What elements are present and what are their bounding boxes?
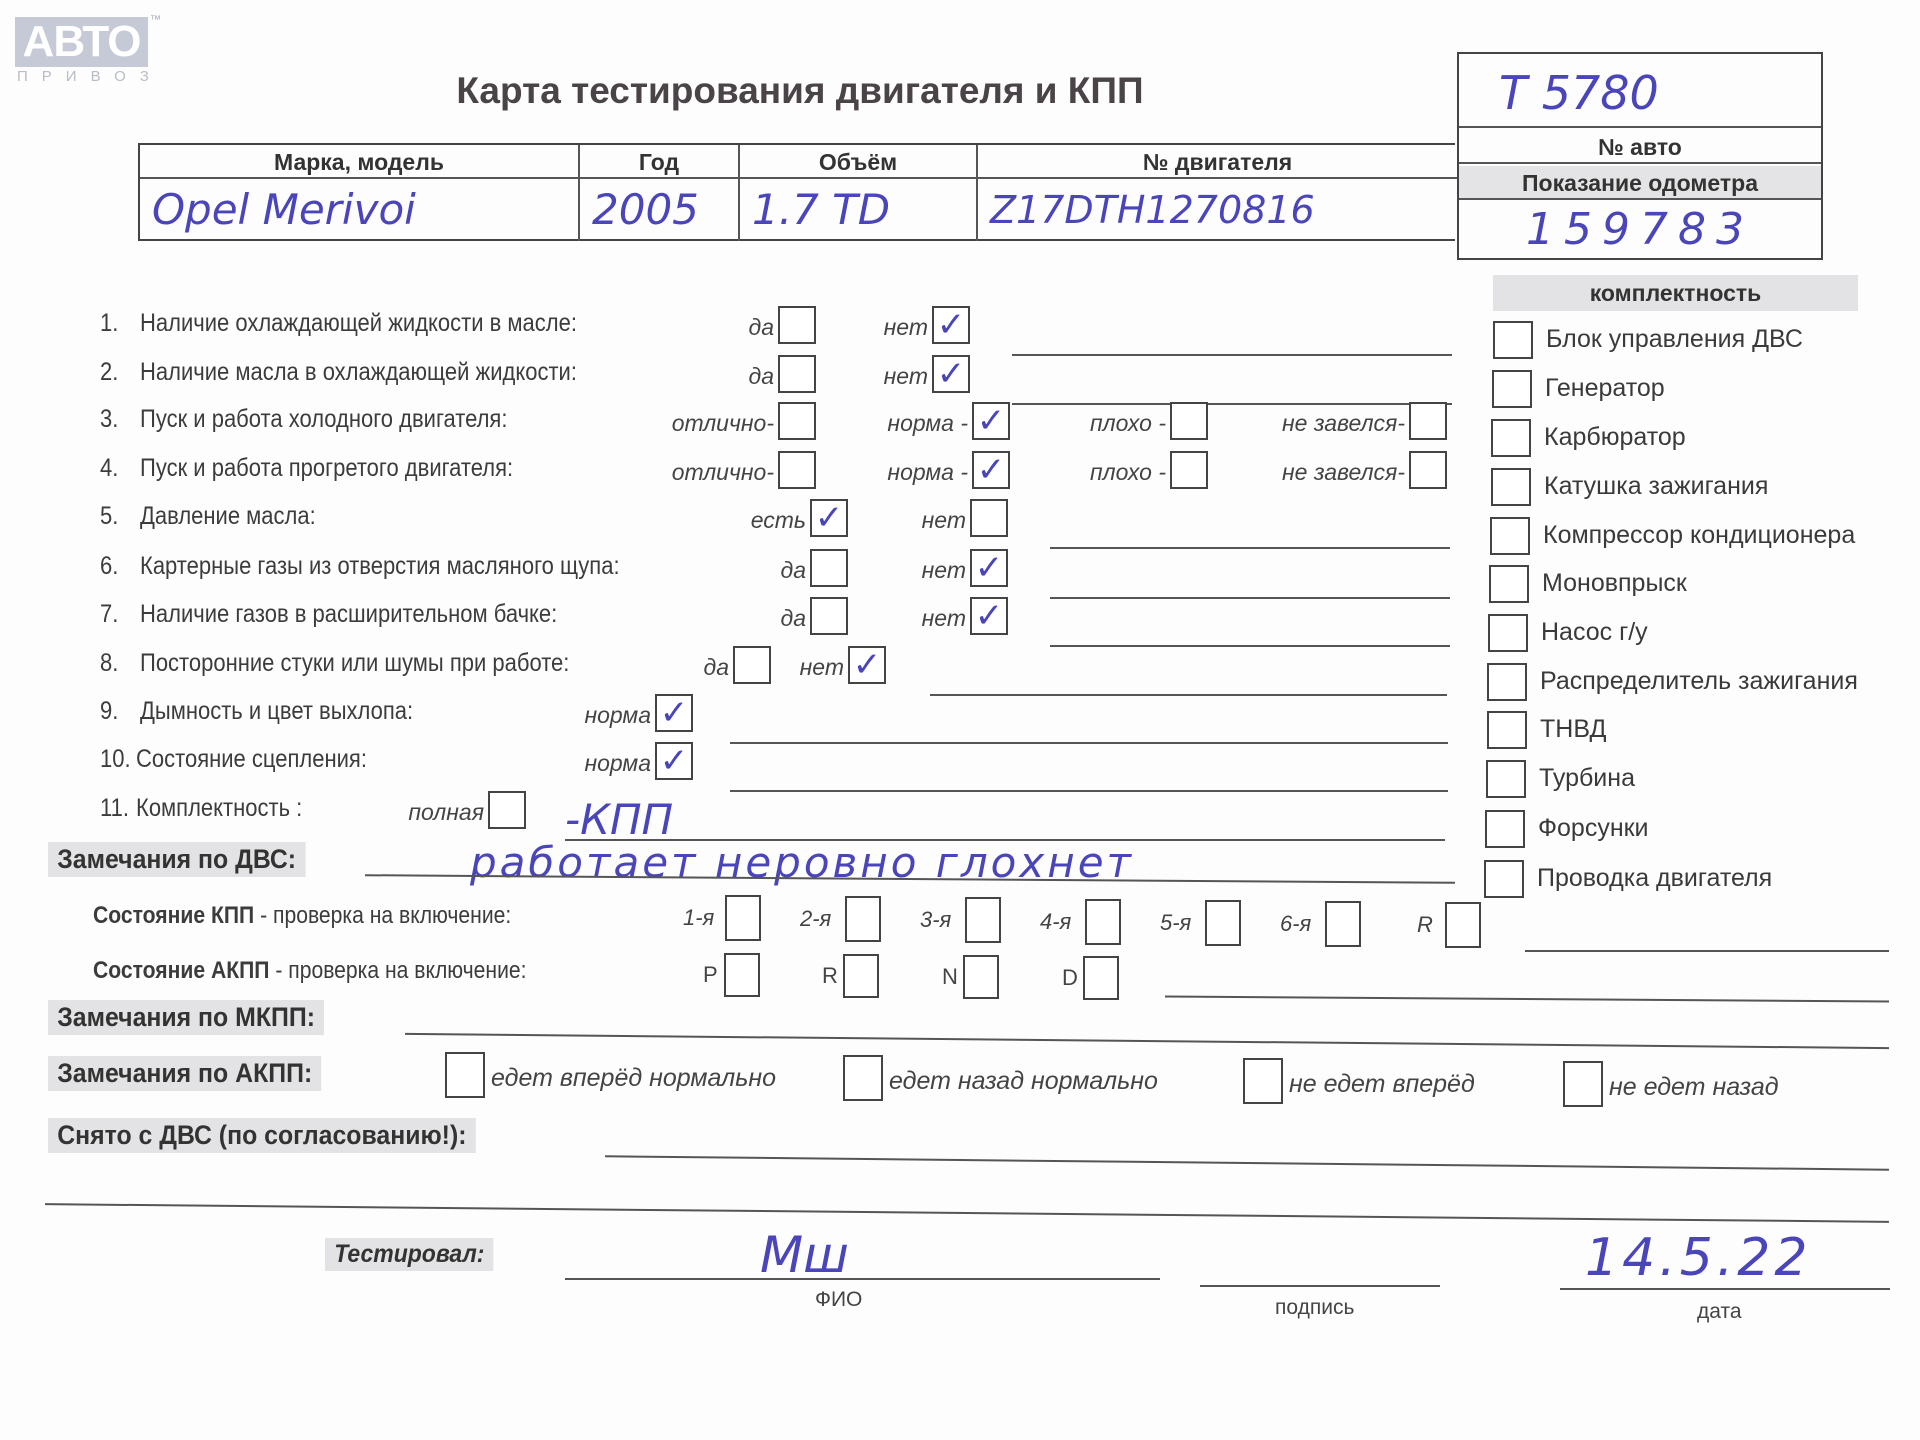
checkbox-да[interactable] <box>810 597 848 635</box>
auto-gearbox-label: Состояние АКПП - проверка на включение: <box>93 957 526 985</box>
name-line <box>565 1278 1160 1280</box>
completeness-item-label: Распределитель зажигания <box>1540 667 1858 696</box>
date-caption: дата <box>1697 1300 1742 1324</box>
option-label: нет <box>850 557 966 584</box>
option-label: отлично- <box>651 410 774 437</box>
auto-remark-label: едет назад нормально <box>889 1067 1158 1096</box>
auto-remark-checkbox[interactable] <box>843 1055 883 1101</box>
option-label: да <box>690 557 806 584</box>
notes-line <box>930 694 1447 696</box>
odometer-label: Показание одометра <box>1459 166 1821 200</box>
auto-remarks-label: Замечания по АКПП: <box>48 1056 321 1091</box>
checklist-item-number: 4. <box>100 454 118 483</box>
option-label: норма - <box>873 459 968 486</box>
check-mark-icon: ✓ <box>657 744 691 778</box>
auto-gear-checkbox[interactable] <box>1083 956 1119 1000</box>
auto-remark-checkbox[interactable] <box>1563 1061 1603 1107</box>
option-label: да <box>658 314 774 341</box>
manual-gear-label: 1-я <box>683 905 714 931</box>
option-label: есть <box>690 507 806 534</box>
check-mark-icon: ✓ <box>934 357 968 391</box>
name-caption: ФИО <box>815 1288 862 1312</box>
checkbox-нет[interactable]: ✓ <box>970 597 1008 635</box>
check-mark-icon: ✓ <box>812 501 846 535</box>
removed-line <box>605 1155 1889 1170</box>
manual-gear-checkbox[interactable] <box>1445 902 1481 948</box>
checkbox-норма[interactable]: ✓ <box>655 742 693 780</box>
checkbox-норма[interactable]: ✓ <box>655 694 693 732</box>
auto-remark-label: не едет назад <box>1609 1073 1779 1102</box>
notes-line <box>1050 645 1450 647</box>
option-label: да <box>658 363 774 390</box>
removed-label: Снято с ДВС (по согласованию!): <box>48 1118 476 1153</box>
completeness-item-label: Форсунки <box>1538 814 1649 843</box>
completeness-checkbox[interactable] <box>1490 517 1530 555</box>
auto-gear-label: D <box>1062 965 1078 991</box>
checklist-item-text: Наличие масла в охлаждающей жидкости: <box>140 358 577 387</box>
checklist-item-text: Посторонние стуки или шумы при работе: <box>140 649 569 678</box>
checkbox-плохо[interactable] <box>1170 451 1208 489</box>
option-label: полная <box>393 799 484 826</box>
logo-trademark: ™ <box>150 14 161 26</box>
manual-gear-checkbox[interactable] <box>725 895 761 941</box>
checklist-item-number: 2. <box>100 358 118 387</box>
check-mark-icon: ✓ <box>972 551 1006 585</box>
checkbox-да[interactable] <box>778 306 816 344</box>
engine-no-field[interactable]: Z17DTH1270816 <box>978 179 1457 241</box>
notes-line <box>730 742 1448 744</box>
auto-remark-checkbox[interactable] <box>445 1052 485 1098</box>
check-mark-icon: ✓ <box>850 648 884 682</box>
checklist-item-number: 5. <box>100 502 118 531</box>
completeness-checkbox[interactable] <box>1492 370 1532 408</box>
check-mark-icon: ✓ <box>934 308 968 342</box>
date-field[interactable]: 14.5.22 <box>1585 1228 1811 1288</box>
checkbox-незавелся[interactable] <box>1409 402 1447 440</box>
checkbox-нет[interactable]: ✓ <box>932 306 970 344</box>
check-mark-icon: ✓ <box>974 404 1008 438</box>
option-label: не завелся- <box>1265 410 1405 437</box>
checklist-item-number: 9. <box>100 697 118 726</box>
auto-remark-checkbox[interactable] <box>1243 1058 1283 1104</box>
completeness-item-label: Блок управления ДВС <box>1546 325 1803 354</box>
option-label: нет <box>850 507 966 534</box>
sign-caption: подпись <box>1275 1296 1354 1320</box>
manual-gear-label: 2-я <box>800 906 831 932</box>
checkbox-плохо[interactable] <box>1170 402 1208 440</box>
check-mark-icon: ✓ <box>974 453 1008 487</box>
option-label: отлично- <box>651 459 774 486</box>
car-number-label: № авто <box>1459 130 1821 164</box>
year-field[interactable]: 2005 <box>580 179 740 241</box>
completeness-checkbox[interactable] <box>1489 565 1529 603</box>
checklist-item-number: 6. <box>100 552 118 581</box>
completeness-item-label: Насос г/у <box>1541 618 1648 647</box>
manual-remarks-line <box>405 1033 1889 1049</box>
option-label: нет <box>728 654 844 681</box>
checklist-item-number: 8. <box>100 649 118 678</box>
manual-gear-checkbox[interactable] <box>845 896 881 942</box>
auto-gear-checkbox[interactable] <box>843 954 879 998</box>
checkbox-отлично[interactable] <box>778 402 816 440</box>
checkbox-да[interactable] <box>778 355 816 393</box>
engine-remarks-label: Замечания по ДВС: <box>48 842 305 877</box>
completeness-item-label: Карбюратор <box>1544 423 1686 452</box>
completeness-checkbox[interactable] <box>1487 663 1527 701</box>
check-mark-icon: ✓ <box>972 599 1006 633</box>
option-label: нет <box>850 605 966 632</box>
completeness-checkbox[interactable] <box>1484 860 1524 898</box>
auto-remark-label: не едет вперёд <box>1289 1070 1475 1099</box>
manual-gear-label: 4-я <box>1040 909 1071 935</box>
option-label: норма - <box>873 410 968 437</box>
checkbox-полная[interactable] <box>488 791 526 829</box>
notes-line <box>1012 354 1452 356</box>
odometer-field[interactable]: 159783 <box>1459 202 1821 258</box>
checkbox-нет[interactable]: ✓ <box>848 646 886 684</box>
completeness-item-label: Катушка зажигания <box>1544 472 1768 501</box>
completeness-item-label: Турбина <box>1539 764 1635 793</box>
manual-remarks-label: Замечания по МКПП: <box>48 1000 324 1035</box>
header-engine-no: № двигателя <box>978 145 1457 179</box>
completeness-note[interactable]: -КПП <box>565 795 673 844</box>
checkbox-норма[interactable]: ✓ <box>972 451 1010 489</box>
sign-line <box>1200 1285 1440 1287</box>
tester-name-field[interactable]: Мш <box>760 1226 849 1284</box>
checklist-item-number: 1. <box>100 309 118 338</box>
notes-line <box>730 790 1448 792</box>
option-label: не завелся- <box>1265 459 1405 486</box>
car-info-box: T 5780 № авто Показание одометра 159783 <box>1457 52 1823 260</box>
page-title: Карта тестирования двигателя и КПП <box>400 70 1200 112</box>
completeness-checkbox[interactable] <box>1487 711 1527 749</box>
completeness-checkbox[interactable] <box>1491 468 1531 506</box>
checkbox-отлично[interactable] <box>778 451 816 489</box>
header-year: Год <box>580 145 740 179</box>
completeness-item-label: Генератор <box>1545 374 1665 403</box>
checklist-item-number: 10. <box>100 745 131 774</box>
auto-gear-label: R <box>822 963 838 989</box>
completeness-item-label: ТНВД <box>1540 715 1606 744</box>
checklist-item-text: Пуск и работа прогретого двигателя: <box>140 454 513 483</box>
manual-gear-checkbox[interactable] <box>1205 900 1241 946</box>
auto-gearbox-line <box>1165 995 1889 1002</box>
checklist-item-text: Пуск и работа холодного двигателя: <box>140 405 507 434</box>
option-label: норма <box>535 750 651 777</box>
checkbox-незавелся[interactable] <box>1409 451 1447 489</box>
checkbox-нет[interactable] <box>970 499 1008 537</box>
checklist-item-text: Дымность и цвет выхлопа: <box>140 697 413 726</box>
checkbox-да[interactable] <box>810 549 848 587</box>
manual-gear-label: 3-я <box>920 907 951 933</box>
manual-gear-checkbox[interactable] <box>965 897 1001 943</box>
header-model: Марка, модель <box>140 145 580 179</box>
auto-gear-checkbox[interactable] <box>724 953 760 997</box>
completeness-item-label: Проводка двигателя <box>1537 864 1772 893</box>
header-volume: Объём <box>740 145 978 179</box>
completeness-checkbox[interactable] <box>1493 321 1533 359</box>
auto-gearbox-label-bold: Состояние АКПП <box>93 957 269 984</box>
manual-gear-checkbox[interactable] <box>1085 899 1121 945</box>
checklist-item-number: 11. <box>100 794 129 823</box>
check-mark-icon: ✓ <box>657 696 691 730</box>
manual-gearbox-label-bold: Состояние КПП <box>93 902 254 929</box>
logo: АВТО <box>15 17 148 67</box>
auto-gear-label: P <box>703 962 718 988</box>
completeness-item-label: Компрессор кондиционера <box>1543 521 1855 550</box>
manual-gearbox-line <box>1525 950 1889 952</box>
date-line <box>1560 1288 1890 1290</box>
auto-remark-label: едет вперёд нормально <box>491 1064 776 1093</box>
manual-gearbox-label: Состояние КПП - проверка на включение: <box>93 902 511 930</box>
manual-gear-label: 6-я <box>1280 911 1311 937</box>
vehicle-table: Марка, модель Год Объём № двигателя Opel… <box>138 143 1455 241</box>
checkbox-норма[interactable]: ✓ <box>972 402 1010 440</box>
notes-line <box>1050 547 1450 549</box>
auto-gearbox-label-rest: - проверка на включение: <box>269 957 526 984</box>
checklist-item-text: Комплектность : <box>136 794 302 823</box>
checklist-item-number: 7. <box>100 600 118 629</box>
volume-field[interactable]: 1.7 TD <box>740 179 978 241</box>
tested-by-label: Тестировал: <box>325 1238 494 1271</box>
car-number-field[interactable]: T 5780 <box>1459 58 1821 128</box>
checklist-item-text: Состояние сцепления: <box>136 745 367 774</box>
option-label: нет <box>812 314 928 341</box>
manual-gear-checkbox[interactable] <box>1325 901 1361 947</box>
notes-line <box>1050 597 1450 599</box>
checklist-item-text: Картерные газы из отверстия масляного щу… <box>140 552 620 581</box>
option-label: нет <box>812 363 928 390</box>
notes-line <box>1012 403 1452 405</box>
manual-gear-label: 5-я <box>1160 910 1191 936</box>
logo-subtitle: ПРИВОЗ <box>17 68 163 85</box>
checklist-item-number: 3. <box>100 405 118 434</box>
completeness-checkbox[interactable] <box>1488 614 1528 652</box>
checkbox-нет[interactable]: ✓ <box>970 549 1008 587</box>
option-label: плохо - <box>1077 459 1166 486</box>
checklist-item-text: Давление масла: <box>140 502 316 531</box>
completeness-checkbox[interactable] <box>1486 760 1526 798</box>
completeness-header: комплектность <box>1493 275 1858 311</box>
completeness-item-label: Моновпрыск <box>1542 569 1687 598</box>
auto-gear-checkbox[interactable] <box>963 955 999 999</box>
removed-line-2 <box>45 1203 1889 1223</box>
option-label: да <box>690 605 806 632</box>
manual-gearbox-label-rest: - проверка на включение: <box>254 902 511 929</box>
model-field[interactable]: Opel Merivoi <box>140 179 580 241</box>
auto-gear-label: N <box>942 964 958 990</box>
checkbox-нет[interactable]: ✓ <box>932 355 970 393</box>
option-label: плохо - <box>1077 410 1166 437</box>
completeness-checkbox[interactable] <box>1491 419 1531 457</box>
checkbox-есть[interactable]: ✓ <box>810 499 848 537</box>
completeness-checkbox[interactable] <box>1485 810 1525 848</box>
manual-gear-label: R <box>1417 912 1433 938</box>
option-label: норма <box>535 702 651 729</box>
option-label: да <box>613 654 729 681</box>
checklist-item-text: Наличие газов в расширительном бачке: <box>140 600 557 629</box>
checklist-item-text: Наличие охлаждающей жидкости в масле: <box>140 309 577 338</box>
